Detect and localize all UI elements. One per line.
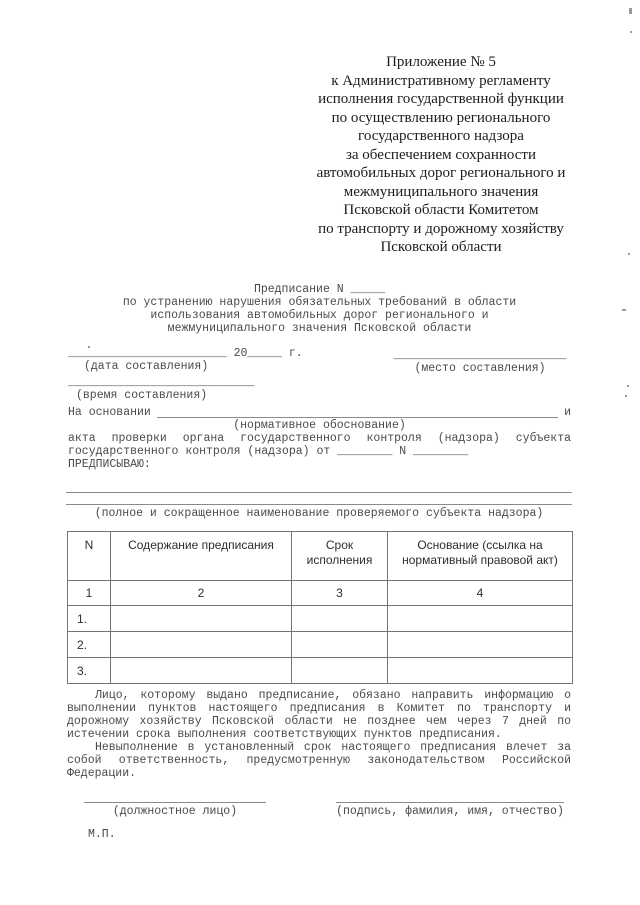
appendix-header-line: автомобильных дорог регионального и [300, 164, 582, 183]
appendix-header-line: межмуниципального значения [300, 183, 582, 202]
scan-speck [622, 309, 626, 311]
empty-cell [388, 606, 573, 632]
signature-caption: (подпись, фамилия, имя, отчество) [336, 805, 564, 818]
row-number-cell: 3. [68, 658, 111, 684]
table-header-row: N Содержание предписания Срок исполнения… [68, 532, 573, 581]
subject-section: (полное и сокращенное наименование прове… [66, 482, 572, 520]
blank-line [336, 793, 564, 803]
appendix-header-line: к Административному регламенту [300, 72, 582, 91]
blank-line [84, 793, 266, 803]
appendix-header-line: по транспорту и дорожному хозяйству [300, 220, 582, 239]
appendix-header-line: государственного надзора [300, 127, 582, 146]
signature-name-field: (подпись, фамилия, имя, отчество) [336, 793, 564, 818]
table-header-content: Содержание предписания [111, 532, 292, 581]
official-caption: (должностное лицо) [84, 805, 266, 818]
basis-suffix: и [564, 406, 571, 419]
empty-cell [388, 632, 573, 658]
document-title-line: межмуниципального значения Псковской обл… [68, 322, 571, 335]
place-field: _________________________ (место составл… [390, 349, 570, 375]
date-blank-line: _______________________ 20_____ г. [68, 347, 318, 360]
empty-cell [111, 632, 292, 658]
appendix-header-line: Псковской области Комитетом [300, 201, 582, 220]
empty-cell [292, 658, 388, 684]
appendix-header-line: Приложение № 5 [300, 53, 582, 72]
basis-act-line2: государственного контроля (надзора) от _… [68, 445, 571, 458]
table-column-number: 1 [68, 581, 111, 606]
time-blank-line: ___________________________ [68, 376, 263, 389]
document-title-line: по устранению нарушения обязательных тре… [68, 296, 571, 309]
appendix-header-line: Псковской области [300, 238, 582, 257]
empty-cell [111, 658, 292, 684]
date-caption: (дата составления) [68, 360, 318, 373]
place-caption: (место составления) [390, 362, 570, 375]
document-title: Предписание N _____ по устранению наруше… [68, 283, 571, 335]
scan-speck [627, 385, 629, 387]
table-header-number: N [68, 532, 111, 581]
closing-paragraphs: Лицо, которому выдано предписание, обяза… [67, 689, 571, 780]
empty-cell [111, 606, 292, 632]
table-column-number: 2 [111, 581, 292, 606]
place-blank-line: _________________________ [390, 349, 570, 362]
basis-act-line: акта проверки органа государственного ко… [68, 432, 571, 445]
row-number-cell: 2. [68, 632, 111, 658]
basis-section: На основании и (нормативное обоснование)… [68, 406, 571, 471]
document-title-line: использования автомобильных дорог регион… [68, 309, 571, 322]
blank-line [157, 407, 558, 418]
table-column-number: 3 [292, 581, 388, 606]
basis-caption: (нормативное обоснование) [68, 419, 571, 432]
document-page: Приложение № 5 к Административному регла… [0, 0, 640, 905]
paragraph: Лицо, которому выдано предписание, обяза… [67, 689, 571, 741]
appendix-header-line: за обеспечением сохранности [300, 146, 582, 165]
blank-line [66, 493, 572, 505]
table-row: 1. [68, 606, 573, 632]
official-signature-field: (должностное лицо) [84, 793, 266, 818]
table-column-number: 4 [388, 581, 573, 606]
basis-prefix: На основании [68, 406, 151, 419]
scan-speck [625, 395, 627, 397]
time-caption: (время составления) [68, 389, 263, 402]
prescribe-label: ПРЕДПИСЫВАЮ: [68, 458, 571, 471]
appendix-header: Приложение № 5 к Административному регла… [300, 53, 582, 257]
basis-line: На основании и [68, 406, 571, 419]
prescription-table: N Содержание предписания Срок исполнения… [67, 531, 573, 684]
date-field: _______________________ 20_____ г. (дата… [68, 347, 318, 373]
subject-caption: (полное и сокращенное наименование прове… [66, 507, 572, 520]
appendix-header-line: исполнения государственной функции [300, 90, 582, 109]
paragraph: Невыполнение в установленный срок настоя… [67, 741, 571, 780]
appendix-header-line: по осуществлению регионального [300, 109, 582, 128]
scan-speck [630, 31, 632, 33]
scan-speck [628, 253, 630, 255]
document-title-line: Предписание N _____ [68, 283, 571, 296]
table-row: 2. [68, 632, 573, 658]
empty-cell [388, 658, 573, 684]
scan-speck [88, 346, 90, 348]
scan-speck [629, 8, 632, 14]
stamp-placeholder: М.П. [88, 828, 116, 841]
time-field: ___________________________ (время соста… [68, 376, 263, 402]
empty-cell [292, 606, 388, 632]
table-column-numbers-row: 1 2 3 4 [68, 581, 573, 606]
table-row: 3. [68, 658, 573, 684]
row-number-cell: 1. [68, 606, 111, 632]
blank-line [66, 482, 572, 493]
empty-cell [292, 632, 388, 658]
table-header-deadline: Срок исполнения [292, 532, 388, 581]
table-header-basis: Основание (ссылка на нормативный правово… [388, 532, 573, 581]
